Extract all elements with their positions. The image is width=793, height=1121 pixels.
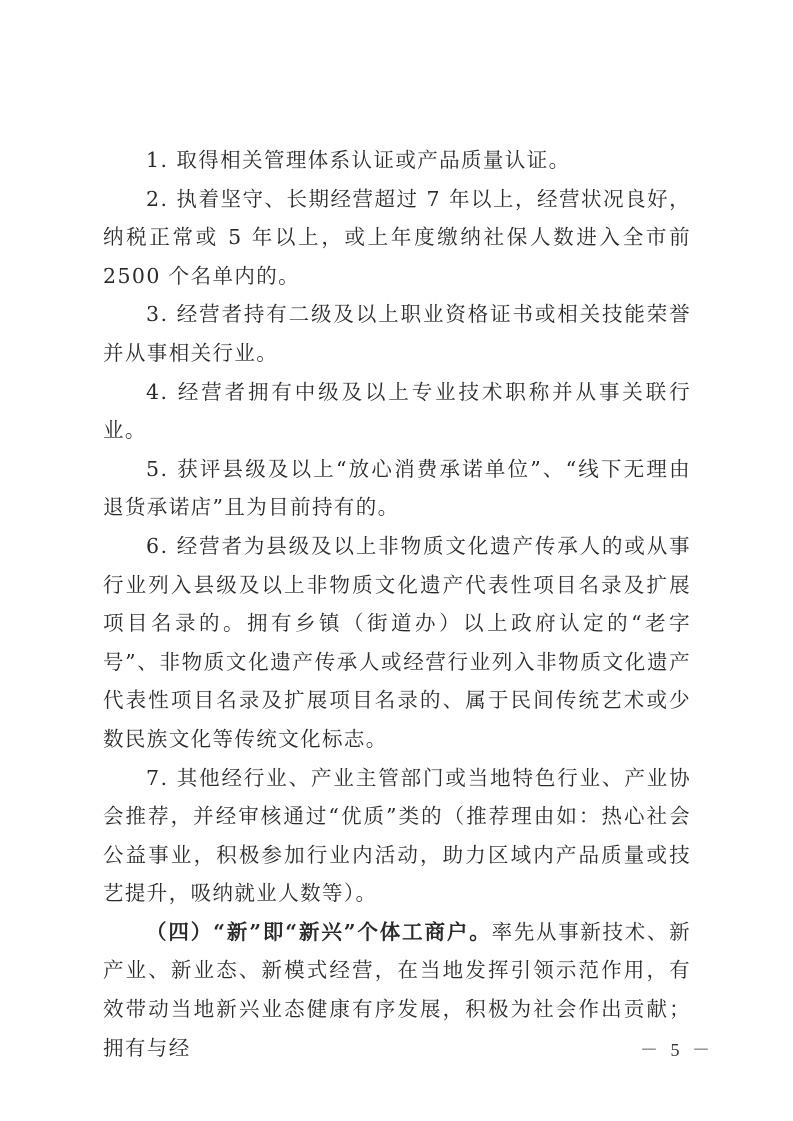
document-page: 1. 取得相关管理体系认证或产品质量认证。 2. 执着坚守、长期经营超过 7 年… <box>103 141 691 1067</box>
criterion-2: 2. 执着坚守、长期经营超过 7 年以上，经营状况良好，纳税正常或 5 年以上，… <box>103 180 691 296</box>
criterion-4: 4. 经营者拥有中级及以上专业技术职称并从事关联行业。 <box>103 373 691 450</box>
criterion-5: 5. 获评县级及以上“放心消费承诺单位”、“线下无理由退货承诺店”且为目前持有的… <box>103 450 691 527</box>
page-number: － 5 － <box>640 1036 714 1062</box>
criterion-7: 7. 其他经行业、产业主管部门或当地特色行业、产业协会推荐，并经审核通过“优质”… <box>103 759 691 913</box>
criterion-3: 3. 经营者持有二级及以上职业资格证书或相关技能荣誉并从事相关行业。 <box>103 295 691 372</box>
criterion-6: 6. 经营者为县级及以上非物质文化遗产传承人的或从事行业列入县级及以上非物质文化… <box>103 527 691 759</box>
criterion-1: 1. 取得相关管理体系认证或产品质量认证。 <box>103 141 691 180</box>
section-four-paragraph: （四）“新”即“新兴”个体工商户。率先从事新技术、新产业、新业态、新模式经营，在… <box>103 913 691 1067</box>
section-four-heading: （四）“新”即“新兴”个体工商户。 <box>146 920 492 944</box>
